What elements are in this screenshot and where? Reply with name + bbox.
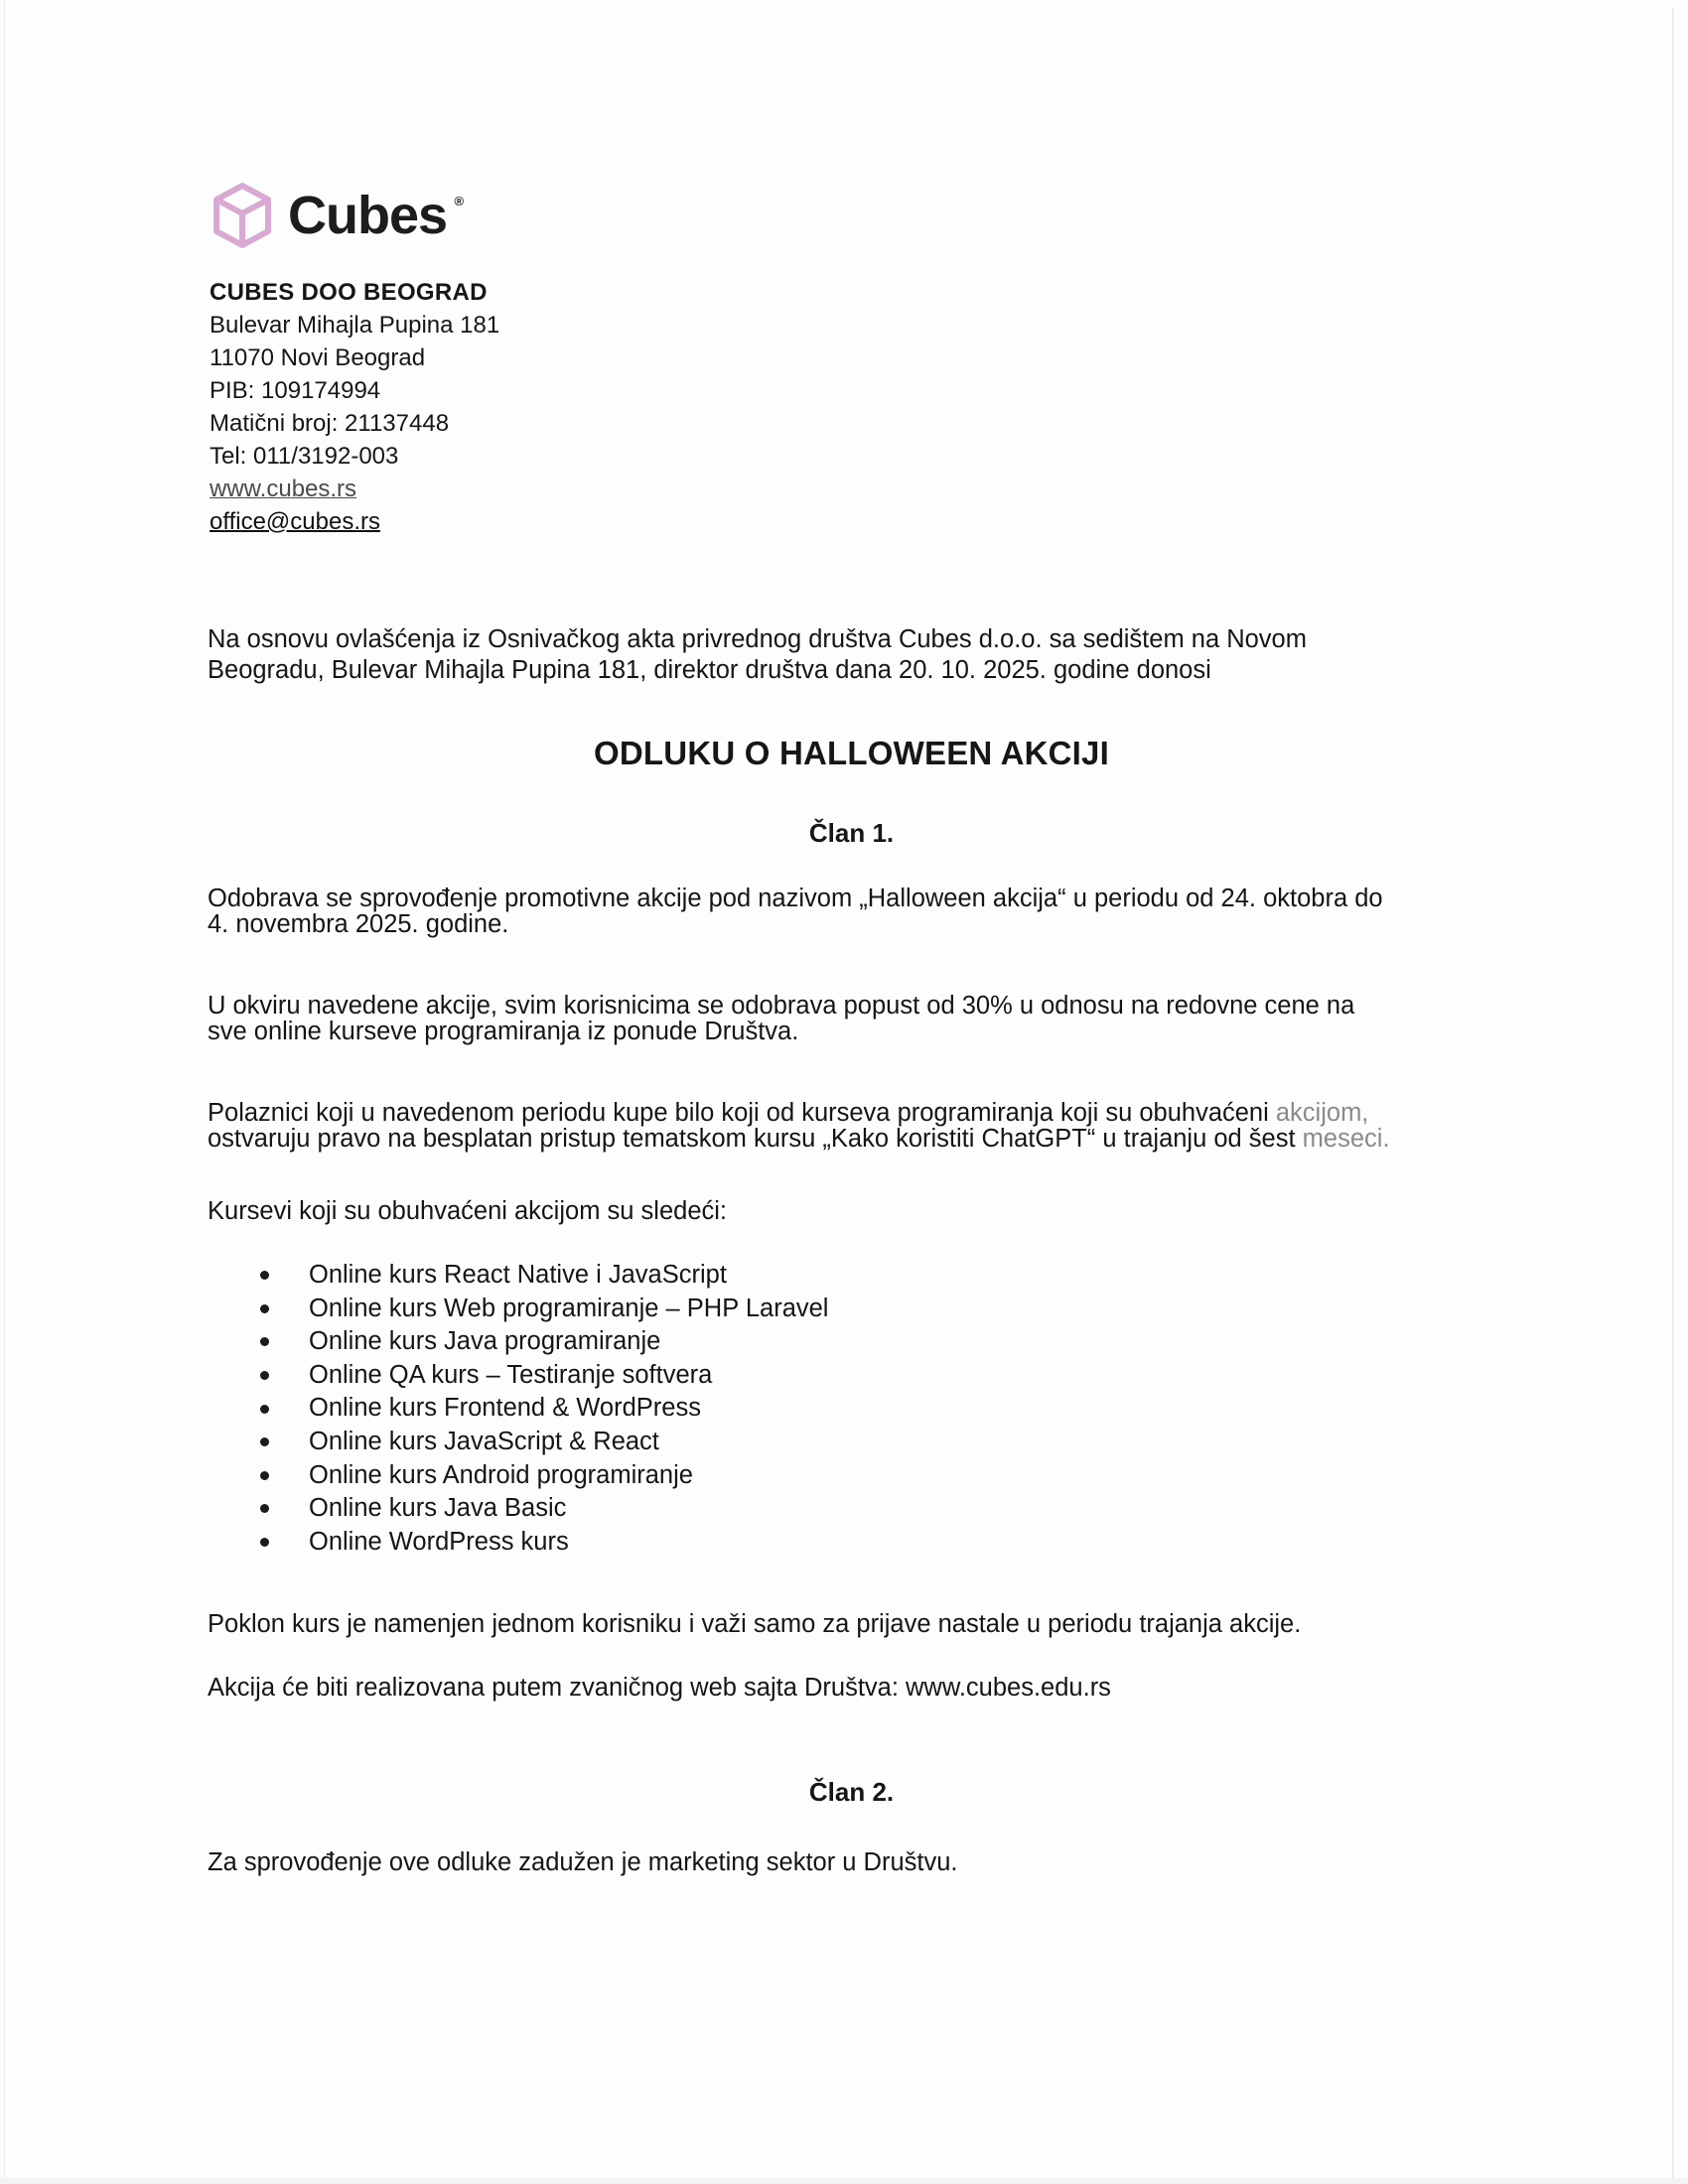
course-list-item: Online QA kurs – Testiranje softvera (256, 1359, 828, 1393)
course-list-item: Online kurs JavaScript & React (256, 1426, 828, 1459)
course-list-item: Online kurs Java Basic (256, 1492, 828, 1526)
article-1-paragraph-5: Akcija će biti realizovana putem zvaničn… (208, 1672, 1111, 1704)
company-address: Bulevar Mihajla Pupina 181 (210, 309, 499, 341)
course-name: Online kurs Java Basic (309, 1492, 566, 1526)
preamble-line: Beogradu, Bulevar Mihajla Pupina 181, di… (208, 654, 1307, 686)
course-list: Online kurs React Native i JavaScriptOnl… (256, 1259, 828, 1559)
preamble-line: Na osnovu ovlašćenja iz Osnivačkog akta … (208, 623, 1307, 655)
bullet-icon (260, 1304, 269, 1313)
course-list-item: Online kurs Java programiranje (256, 1325, 828, 1359)
paragraph-line: sve online kurseve programiranja iz ponu… (208, 1019, 1354, 1044)
document-page: Cubes® CUBES DOO BEOGRAD Bulevar Mihajla… (0, 0, 1688, 2184)
paragraph-text-faded: akcijom, (1276, 1099, 1369, 1127)
paragraph-text-faded: meseci. (1303, 1125, 1390, 1153)
bullet-icon (260, 1504, 269, 1513)
course-list-intro: Kursevi koji su obuhvaćeni akcijom su sl… (208, 1195, 727, 1227)
course-name: Online kurs Android programiranje (309, 1459, 693, 1493)
course-list-item: Online kurs Frontend & WordPress (256, 1392, 828, 1426)
scan-edge (0, 2178, 1688, 2184)
company-name: CUBES DOO BEOGRAD (210, 276, 499, 309)
company-city: 11070 Novi Beograd (210, 341, 499, 374)
paragraph-line: 4. novembra 2025. godine. (208, 911, 1383, 937)
company-info: CUBES DOO BEOGRAD Bulevar Mihajla Pupina… (210, 276, 499, 538)
article-1-paragraph-1: Odobrava se sprovođenje promotivne akcij… (208, 886, 1383, 937)
course-name: Online QA kurs – Testiranje softvera (309, 1359, 712, 1393)
paragraph-line: U okviru navedene akcije, svim korisnici… (208, 993, 1354, 1019)
registered-mark: ® (454, 195, 463, 207)
company-registration-number: Matični broj: 21137448 (210, 407, 499, 440)
scan-edge (1672, 8, 1674, 2182)
course-name: Online kurs Web programiranje – PHP Lara… (309, 1293, 828, 1326)
bullet-icon (260, 1538, 269, 1547)
article-1-paragraph-3: Polaznici koji u navedenom periodu kupe … (208, 1100, 1390, 1152)
article-1-heading: Član 1. (0, 818, 1688, 849)
course-name: Online kurs Frontend & WordPress (309, 1392, 701, 1426)
course-list-item: Online WordPress kurs (256, 1526, 828, 1560)
bullet-icon (260, 1437, 269, 1446)
scan-edge (4, 0, 5, 2179)
course-name: Online kurs JavaScript & React (309, 1426, 659, 1459)
company-phone: Tel: 011/3192-003 (210, 440, 499, 473)
company-website-link[interactable]: www.cubes.rs (210, 476, 356, 502)
brand-wordmark: Cubes® (288, 189, 447, 242)
cube-icon (211, 181, 274, 250)
bullet-icon (260, 1337, 269, 1346)
article-1-paragraph-2: U okviru navedene akcije, svim korisnici… (208, 993, 1354, 1044)
company-pib: PIB: 109174994 (210, 374, 499, 407)
preamble: Na osnovu ovlašćenja iz Osnivačkog akta … (208, 623, 1307, 686)
article-1-paragraph-4: Poklon kurs je namenjen jednom korisniku… (208, 1608, 1301, 1640)
paragraph-text: ostvaruju pravo na besplatan pristup tem… (208, 1125, 1303, 1153)
course-name: Online WordPress kurs (309, 1526, 569, 1560)
paragraph-line: ostvaruju pravo na besplatan pristup tem… (208, 1126, 1390, 1152)
course-list-item: Online kurs Web programiranje – PHP Lara… (256, 1293, 828, 1326)
bullet-icon (260, 1371, 269, 1380)
paragraph-line: Odobrava se sprovođenje promotivne akcij… (208, 886, 1383, 911)
article-2-heading: Član 2. (0, 1777, 1688, 1808)
paragraph-line: Polaznici koji u navedenom periodu kupe … (208, 1100, 1390, 1126)
course-list-item: Online kurs React Native i JavaScript (256, 1259, 828, 1293)
bullet-icon (260, 1405, 269, 1414)
course-name: Online kurs React Native i JavaScript (309, 1259, 727, 1293)
article-2-paragraph-1: Za sprovođenje ove odluke zadužen je mar… (208, 1846, 958, 1878)
bullet-icon (260, 1271, 269, 1280)
paragraph-text: Polaznici koji u navedenom periodu kupe … (208, 1099, 1276, 1127)
course-name: Online kurs Java programiranje (309, 1325, 660, 1359)
document-title: ODLUKU O HALLOWEEN AKCIJI (0, 735, 1688, 772)
company-logo: Cubes® (211, 181, 447, 250)
bullet-icon (260, 1471, 269, 1480)
course-list-item: Online kurs Android programiranje (256, 1459, 828, 1493)
company-email-link[interactable]: office@cubes.rs (210, 508, 380, 535)
